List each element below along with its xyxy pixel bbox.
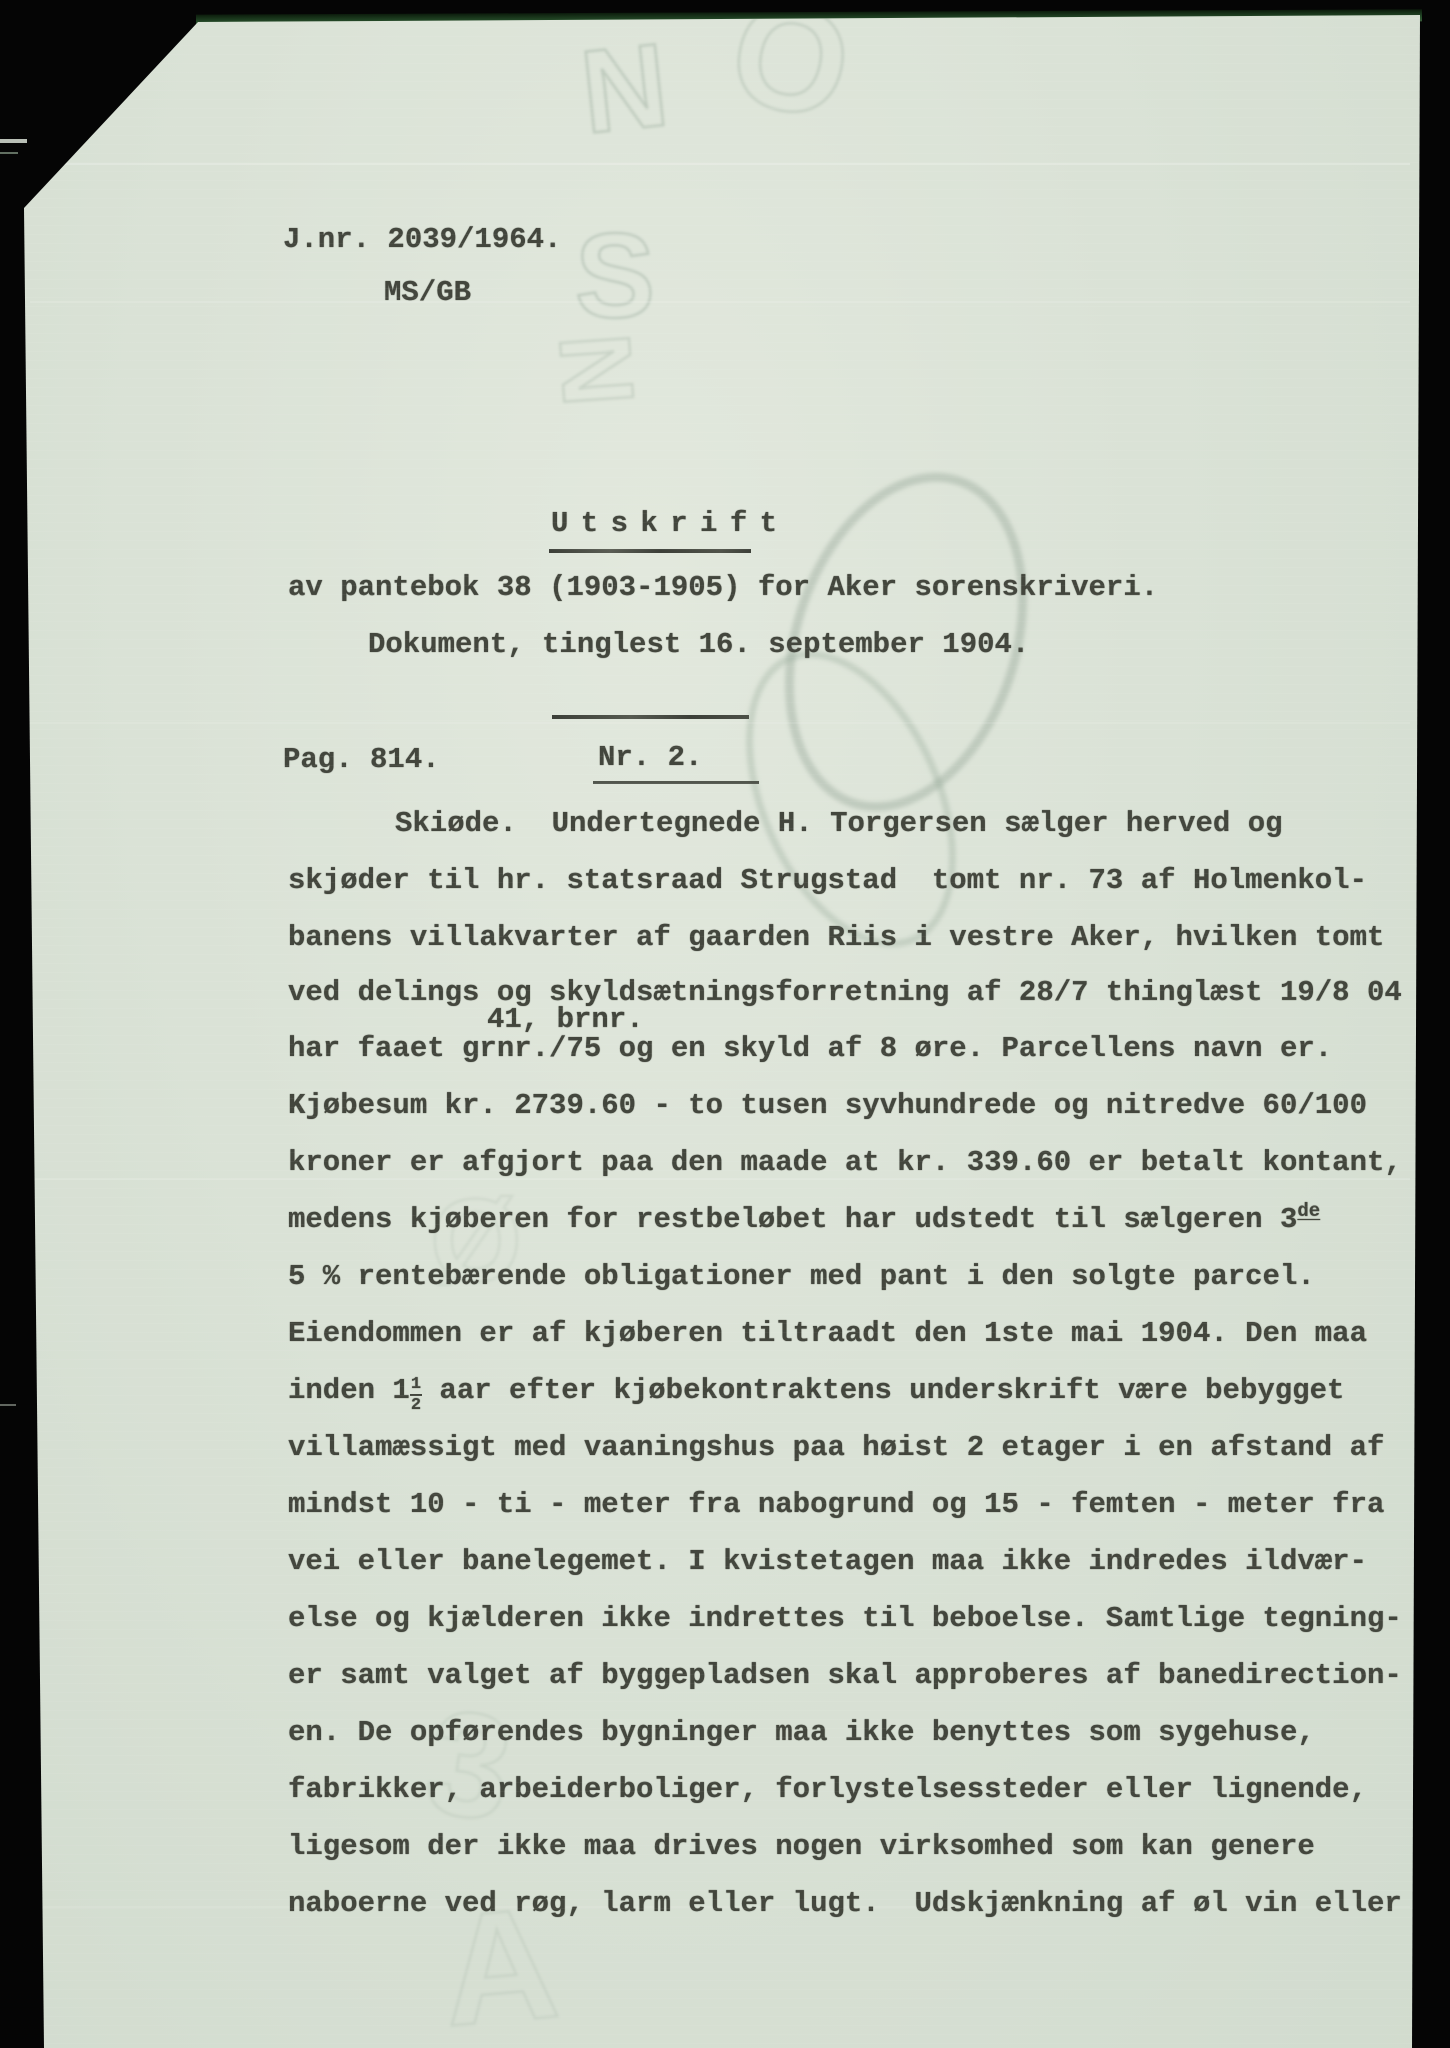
intro-line: av pantebok 38 (1903-1905) for Aker sore… (288, 570, 1158, 606)
scan-artifact (0, 1404, 16, 1406)
document-line: fabrikker, arbeiderboliger, forlystelses… (288, 1772, 1367, 1808)
intro-line: Dokument, tinglest 16. september 1904. (368, 627, 1029, 663)
document-line: en. De opførendes bygninger maa ikke ben… (288, 1715, 1315, 1751)
watermark-letter: O (719, 0, 862, 144)
fraction-denominator: 2 (410, 1396, 422, 1414)
fraction-numerator: 1 (410, 1376, 422, 1396)
document-line: Eiendommen er af kjøberen tiltraadt den … (288, 1316, 1367, 1352)
separator-rule (552, 715, 749, 719)
document-line: naboerne ved røg, larm eller lugt. Udskj… (288, 1886, 1402, 1922)
scan-artifact (30, 163, 1410, 165)
entry-number: Nr. 2. (598, 740, 702, 776)
line-text: inden 1 (288, 1374, 410, 1407)
watermark-letter: N (576, 26, 673, 152)
document-title: U t s k r i f t (551, 506, 775, 542)
entry-number-underline (593, 781, 759, 784)
line-text: medens kjøberen for restbeløbet har udst… (288, 1203, 1297, 1236)
journal-number: J.nr. 2039/1964. (283, 222, 561, 258)
document-line: villamæssigt med vaaningshus paa høist 2… (288, 1430, 1384, 1466)
document-line: ligesom der ikke maa drives nogen virkso… (288, 1829, 1315, 1865)
document-line: mindst 10 - ti - meter fra nabogrund og … (288, 1487, 1384, 1523)
clerk-initials: MS/GB (384, 275, 471, 311)
scan-artifact (30, 722, 1410, 724)
paper-sheet: N O S N 3 A Ø J.nr. 2039/1964. MS/GB U t… (0, 0, 1450, 2048)
title-underline (549, 549, 751, 553)
document-line: Skiøde. Undertegnede H. Torgersen sælger… (395, 806, 1283, 842)
scan-artifact (0, 152, 18, 154)
document-line: else og kjælderen ikke indrettes til beb… (288, 1601, 1402, 1637)
line-text: aar efter kjøbekontraktens underskrift v… (422, 1374, 1344, 1407)
document-line: inden 112 aar efter kjøbekontraktens und… (288, 1373, 1344, 1414)
scan-artifact (30, 301, 1410, 303)
document-line: kroner er afgjort paa den maade at kr. 3… (288, 1145, 1402, 1181)
document-line: ved delings og skyldsætningsforretning a… (288, 975, 1402, 1011)
document-line: skjøder til hr. statsraad Strugstad tomt… (288, 863, 1367, 899)
stacked-fraction: 12 (410, 1376, 422, 1414)
document-line: er samt valget af byggepladsen skal appr… (288, 1658, 1402, 1694)
document-line: medens kjøberen for restbeløbet har udst… (288, 1202, 1320, 1240)
document-line: banens villakvarter af gaarden Riis i ve… (288, 920, 1384, 956)
scan-artifact (0, 139, 27, 143)
ordinal-superscript: de (1297, 1200, 1320, 1222)
watermark-letter: N (544, 330, 649, 409)
document-line: har faaet grnr./75 og en skyld af 8 øre.… (288, 1031, 1332, 1067)
page-reference: Pag. 814. (283, 742, 440, 778)
watermark-letter: S (575, 216, 655, 336)
document-line: Kjøbesum kr. 2739.60 - to tusen syvhundr… (288, 1088, 1367, 1124)
document-line: vei eller banelegemet. I kvistetagen maa… (288, 1544, 1367, 1580)
document-line: 5 % rentebærende obligationer med pant i… (288, 1259, 1315, 1295)
watermark-letter: 3 (418, 1687, 520, 1845)
scanned-document-page: N O S N 3 A Ø J.nr. 2039/1964. MS/GB U t… (0, 0, 1450, 2048)
